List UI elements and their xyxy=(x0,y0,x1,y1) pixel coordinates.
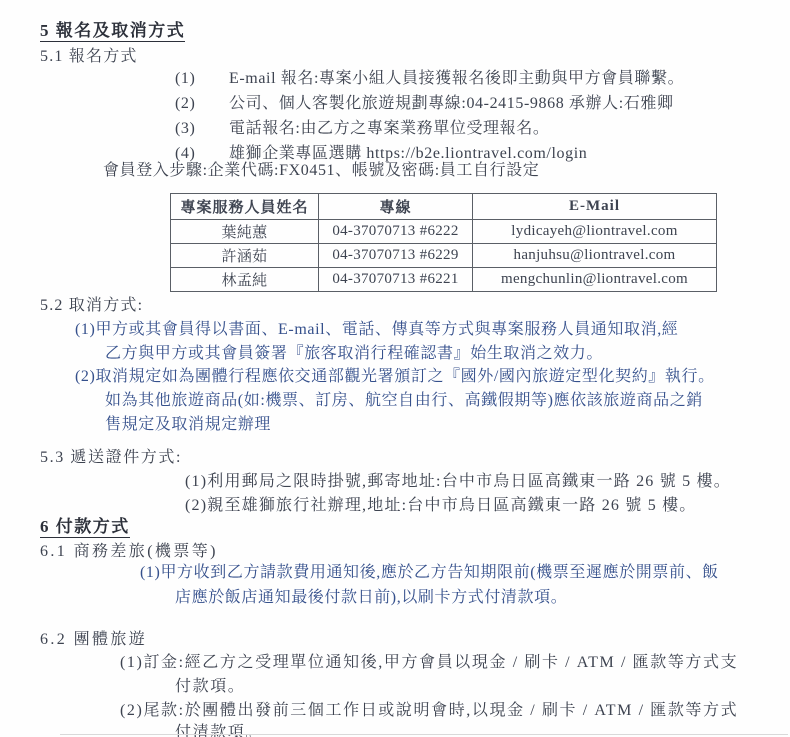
section5-heading: 5 報名及取消方式 xyxy=(40,21,185,42)
contact-table-row: 林孟純 04-37070713 #6221 mengchunlin@liontr… xyxy=(171,268,717,292)
contact-table-row: 許涵茹 04-37070713 #6229 hanjuhsu@liontrave… xyxy=(171,244,717,268)
s62-line-2: 付款項。 xyxy=(175,676,245,698)
section52-title: 5.2 取消方式: xyxy=(40,295,143,317)
s52-line-2: 乙方與甲方或其會員簽署『旅客取消行程確認書』始生取消之效力。 xyxy=(105,343,603,365)
page-bottom-rule xyxy=(60,734,788,735)
s51-item-2-text: 公司、個人客製化旅遊規劃專線:04-2415-9868 承辦人:石雅卿 xyxy=(229,95,674,112)
contact-phone-cell: 04-37070713 #6229 xyxy=(319,244,473,268)
s51-item-3: (3)電話報名:由乙方之專案業務單位受理報名。 xyxy=(175,118,549,140)
contact-table-header-row: 專案服務人員姓名 專線 E-Mail xyxy=(171,194,717,220)
contact-table-header-name: 專案服務人員姓名 xyxy=(171,194,319,220)
s51-login-note: 會員登入步驟:企業代碼:FX0451、帳號及密碼:員工自行設定 xyxy=(103,160,539,182)
s61-line-2: 店應於飯店通知最後付款日前),以刷卡方式付清款項。 xyxy=(175,587,567,609)
contact-table: 專案服務人員姓名 專線 E-Mail 葉純蕙 04-37070713 #6222… xyxy=(170,193,717,292)
contact-name-cell: 林孟純 xyxy=(171,268,319,292)
s52-line-4: 如為其他旅遊商品(如:機票、訂房、航空自由行、高鐵假期等)應依該旅遊商品之銷 xyxy=(105,390,703,412)
contact-email-cell: lydicayeh@liontravel.com xyxy=(473,220,717,244)
s62-line-1: (1)訂金:經乙方之受理單位通知後,甲方會員以現金 / 刷卡 / ATM / 匯… xyxy=(120,652,738,674)
s51-item-3-num: (3) xyxy=(175,118,229,140)
contact-table-header-phone: 專線 xyxy=(319,194,473,220)
section5-heading-row: 5 報名及取消方式 xyxy=(40,20,185,43)
section62-title: 6.2 團體旅遊 xyxy=(40,629,147,651)
s52-line-1: (1)甲方或其會員得以書面、E-mail、電話、傳真等方式與專案服務人員通知取消… xyxy=(75,319,678,341)
document-page: 5 報名及取消方式 5.1 報名方式 (1)E-mail 報名:專案小組人員接獲… xyxy=(0,0,790,737)
s52-line-5: 售規定及取消規定辦理 xyxy=(105,414,271,436)
contact-phone-cell: 04-37070713 #6222 xyxy=(319,220,473,244)
s53-line-2: (2)親至雄獅旅行社辦理,地址:台中市烏日區高鐵東一路 26 號 5 樓。 xyxy=(185,495,697,517)
section51-title: 5.1 報名方式 xyxy=(40,46,138,68)
s62-line-3: (2)尾款:於團體出發前三個工作日或說明會時,以現金 / 刷卡 / ATM / … xyxy=(120,700,738,722)
s51-item-3-text: 電話報名:由乙方之專案業務單位受理報名。 xyxy=(229,120,549,137)
section53-title: 5.3 遞送證件方式: xyxy=(40,447,182,469)
section61-title: 6.1 商務差旅(機票等) xyxy=(40,541,218,563)
s51-item-2-num: (2) xyxy=(175,93,229,115)
contact-table-header-email: E-Mail xyxy=(473,194,717,220)
s51-item-1-text: E-mail 報名:專案小組人員接獲報名後即主動與甲方會員聯繫。 xyxy=(229,70,684,87)
s52-line-3: (2)取消規定如為團體行程應依交通部觀光署頒訂之『國外/國內旅遊定型化契約』執行… xyxy=(75,366,715,388)
section6-heading-row: 6 付款方式 xyxy=(40,516,130,539)
s51-item-1-num: (1) xyxy=(175,68,229,90)
s61-line-1: (1)甲方收到乙方請款費用通知後,應於乙方告知期限前(機票至遲應於開票前、飯 xyxy=(140,562,719,584)
contact-email-cell: mengchunlin@liontravel.com xyxy=(473,268,717,292)
contact-name-cell: 葉純蕙 xyxy=(171,220,319,244)
contact-email-cell: hanjuhsu@liontravel.com xyxy=(473,244,717,268)
s51-item-2: (2)公司、個人客製化旅遊規劃專線:04-2415-9868 承辦人:石雅卿 xyxy=(175,93,674,115)
s53-line-1: (1)利用郵局之限時掛號,郵寄地址:台中市烏日區高鐵東一路 26 號 5 樓。 xyxy=(185,471,731,493)
contact-name-cell: 許涵茹 xyxy=(171,244,319,268)
contact-phone-cell: 04-37070713 #6221 xyxy=(319,268,473,292)
s51-item-1: (1)E-mail 報名:專案小組人員接獲報名後即主動與甲方會員聯繫。 xyxy=(175,68,684,90)
section6-heading: 6 付款方式 xyxy=(40,517,130,538)
contact-table-row: 葉純蕙 04-37070713 #6222 lydicayeh@liontrav… xyxy=(171,220,717,244)
